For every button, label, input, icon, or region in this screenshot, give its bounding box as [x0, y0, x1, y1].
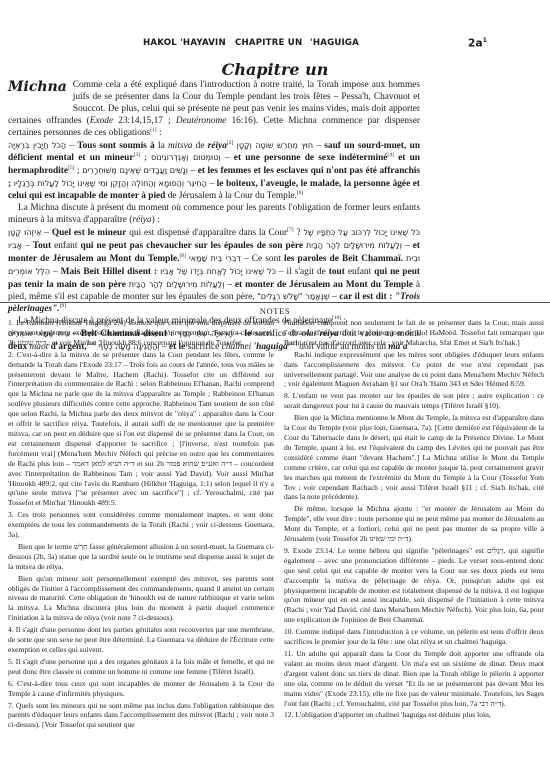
hebrew-text: הַחִיגֵּר וְהַסּוּמָא וְהַחוֹלֶה וְהַזָּ…	[14, 179, 207, 188]
footnote-ref: [6]	[297, 190, 303, 196]
footnote-ref: [5]	[68, 165, 74, 171]
running-head-tractate: 'HAGUIGA	[310, 38, 359, 48]
text: Tout	[33, 241, 51, 251]
text: la	[155, 141, 168, 151]
chapter-title: Chapitre un	[0, 60, 550, 79]
note-9: 9. Exode 23:14. Le terme hébreu qui sign…	[284, 546, 544, 625]
text: Exode	[90, 116, 113, 126]
text: Mais Beit Hillel disent :	[61, 267, 157, 277]
note-7: 7. Quels sont les mineurs qui ne sont mê…	[8, 701, 274, 731]
text: et monter de Jérusalem au Mont du Temple	[235, 280, 413, 290]
hebrew-text: וְלַעֲלוֹת מִירוּשָׁלַיִם לְהַר הַבַּיִת	[129, 280, 225, 289]
folio-number: 2a1	[468, 37, 487, 50]
text: et une personne de sexe indéterminé	[234, 153, 388, 163]
text: réiya	[132, 215, 151, 225]
michna-intro: MichnaComme cela a été expliqué dans l'i…	[8, 80, 420, 140]
footnote-ref: [2]	[227, 139, 233, 145]
text: de	[192, 141, 207, 151]
note-8-cont-a: Bien que la Michna mentionne le Mont du …	[284, 413, 544, 502]
note-5: 5. Il s'agit d'une personne qui a des or…	[8, 657, 274, 677]
folio-text: 2a	[468, 38, 483, 50]
text: réiya	[208, 141, 227, 151]
text: de Jérusalem à la Cour du Temple.	[165, 191, 297, 201]
footnote-ref: [8]	[179, 253, 185, 259]
note-2: 2. C'est-à-dire à la mitsva de se présen…	[8, 350, 274, 509]
note-1: 1. Le Rambam (Hilkhot 'Haguiga 2:4) sout…	[8, 318, 274, 348]
note-6: 6. C'est-à-dire tous ceux qui sont incap…	[8, 679, 274, 699]
running-head-chapter: CHAPITRE UN	[235, 38, 302, 48]
folio-sup: 1	[483, 37, 487, 44]
note-3-cont-b: Bien qu'un mineur soit personnellement e…	[8, 574, 274, 624]
michna-label: Michna	[8, 80, 67, 104]
michna-para-2: La Michna discute à présent du moment où…	[8, 203, 420, 227]
michna-body-1: הַכֹּל חַיָּבִין בִּרְאִיָּה – Tous sont…	[8, 140, 420, 204]
footnote-ref: [3]	[134, 152, 140, 158]
text: qui ne peut pas chevaucher sur les épaul…	[81, 241, 303, 251]
note-3-cont-a: Bien que le terme חֵרֵשׁ fasse généralem…	[8, 542, 274, 572]
hebrew-text: דִּבְרֵי בֵּית שַׁמַּאי	[189, 254, 241, 263]
note-12: 12. L'obligation d'apporter un chalmei '…	[284, 710, 544, 720]
hebrew-text: שֶׁנֶּאֱמַר "שָׁלֹשׁ רְגָלִים"	[257, 292, 329, 301]
text: mitsva	[168, 141, 192, 151]
note-10: 10. Comme indiqué dans l'introduction à …	[284, 627, 544, 647]
notes-column-left: 1. Le Rambam (Hilkhot 'Haguiga 2:4) sout…	[8, 318, 274, 732]
text: Quel est le mineur	[52, 228, 127, 238]
hebrew-text: הַכֹּל חַיָּבִין בִּרְאִיָּה	[8, 141, 66, 150]
notes-divider	[0, 302, 550, 303]
hebrew-text: חוּץ מֵחֵרֵשׁ שׁוֹטֶה וְקָטָן	[237, 141, 313, 150]
footnote-ref: [1]	[150, 127, 156, 133]
note-7-cont-b: Rachi indique expressément que les mères…	[284, 350, 544, 390]
note-4: 4. Il s'agit d'une personne dont les par…	[8, 625, 274, 655]
text: 23:14,15,17 ;	[113, 116, 176, 126]
text: qui est dispensé d'apparaître dans la Co…	[126, 228, 287, 238]
text: il s'agit de	[287, 267, 329, 277]
text: Ce sont	[252, 254, 284, 264]
note-3: 3. Ces trois personnes sont considérées …	[8, 510, 274, 540]
note-8-cont-b: De même, lorsque la Michna ajoute : "et …	[284, 504, 544, 544]
note-8: 8. L'enfant ne veut pas monter sur les é…	[284, 391, 544, 411]
hebrew-text: וְנָשִׁים וַעֲבָדִים שֶׁאֵינָם מְשׁוּחְר…	[82, 166, 188, 175]
text: ) :	[152, 215, 160, 225]
text: Deutéronome	[176, 116, 227, 126]
running-head-section: HAKOL 'HAYAVIN	[143, 38, 226, 48]
hebrew-text: וְטוּמְטוּם וְאַנְדְּרוֹגִינוֹס	[151, 153, 221, 162]
notes-title: NOTES	[0, 306, 550, 316]
note-11: 11. Un adulte qui apparaît dans la Cour …	[284, 649, 544, 708]
hebrew-text: אֵיזֶהוּ קָטָן	[8, 228, 41, 237]
text: les paroles de Beit Chammaï.	[284, 254, 403, 264]
running-head: HAKOL 'HAYAVIN CHAPITRE UN 'HAGUIGA 2a1	[0, 38, 550, 52]
text: enfant	[345, 267, 374, 277]
notes-column-right: l'initiation comprend non seulement le f…	[284, 318, 544, 722]
text: enfant	[51, 241, 80, 251]
hebrew-text: וְלַעֲלוֹת מִירוּשָׁלַיִם לְהַר הַבַּיִת	[306, 241, 402, 250]
text: tout	[329, 267, 345, 277]
text: ?	[294, 228, 301, 238]
text: car il est dit :	[339, 292, 395, 302]
text: La Michna discute à présent du moment où…	[8, 203, 420, 225]
hebrew-text: כֹּל שֶׁאֵינוֹ יָכוֹל לֶאֱחוֹז בְּיָדוֹ …	[160, 267, 276, 276]
note-7-cont: l'initiation comprend non seulement le f…	[284, 318, 544, 348]
text: Tous sont soumis à	[77, 141, 154, 151]
